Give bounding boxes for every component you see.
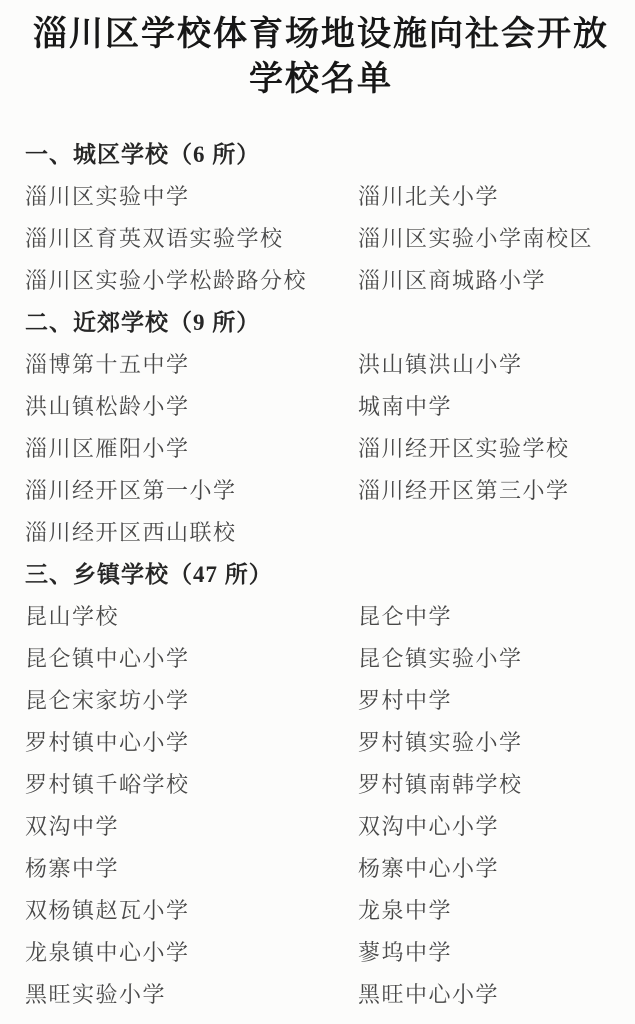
school-row: 淄川区雁阳小学淄川经开区实验学校 bbox=[25, 428, 617, 470]
school-row: 罗村镇中心小学罗村镇实验小学 bbox=[25, 722, 617, 764]
school-name: 淄川区育英双语实验学校 bbox=[25, 218, 358, 260]
school-row: 淄川区实验中学淄川北关小学 bbox=[25, 176, 617, 218]
school-name: 淄川经开区西山联校 bbox=[25, 512, 358, 554]
school-name: 龙泉中学 bbox=[358, 890, 617, 932]
school-name bbox=[358, 512, 617, 554]
school-name: 淄川经开区第一小学 bbox=[25, 470, 358, 512]
school-name: 洪山镇洪山小学 bbox=[358, 344, 617, 386]
school-row: 龙泉镇中心小学蓼坞中学 bbox=[25, 932, 617, 974]
school-name: 黑旺实验小学 bbox=[25, 974, 358, 1016]
section-heading: 二、近郊学校（9 所） bbox=[25, 302, 617, 344]
school-name: 昆山学校 bbox=[25, 596, 358, 638]
school-name: 淄川区雁阳小学 bbox=[25, 428, 358, 470]
section-heading: 一、城区学校（6 所） bbox=[25, 134, 617, 176]
school-section: 三、乡镇学校（47 所）昆山学校昆仑中学昆仑镇中心小学昆仑镇实验小学昆仑宋家坊小… bbox=[25, 554, 617, 1016]
school-name: 淄川北关小学 bbox=[358, 176, 617, 218]
school-name: 淄川区实验中学 bbox=[25, 176, 358, 218]
school-row: 双杨镇赵瓦小学龙泉中学 bbox=[25, 890, 617, 932]
school-name: 罗村镇千峪学校 bbox=[25, 764, 358, 806]
school-name: 双沟中学 bbox=[25, 806, 358, 848]
school-name: 昆仑中学 bbox=[358, 596, 617, 638]
school-name: 昆仑宋家坊小学 bbox=[25, 680, 358, 722]
school-section: 一、城区学校（6 所）淄川区实验中学淄川北关小学淄川区育英双语实验学校淄川区实验… bbox=[25, 134, 617, 302]
school-section: 二、近郊学校（9 所）淄博第十五中学洪山镇洪山小学洪山镇松龄小学城南中学淄川区雁… bbox=[25, 302, 617, 554]
school-name: 杨寨中学 bbox=[25, 848, 358, 890]
school-sections: 一、城区学校（6 所）淄川区实验中学淄川北关小学淄川区育英双语实验学校淄川区实验… bbox=[25, 134, 617, 1016]
school-name: 蓼坞中学 bbox=[358, 932, 617, 974]
school-row: 罗村镇千峪学校罗村镇南韩学校 bbox=[25, 764, 617, 806]
school-row: 洪山镇松龄小学城南中学 bbox=[25, 386, 617, 428]
school-name: 淄川经开区第三小学 bbox=[358, 470, 617, 512]
school-name: 昆仑镇中心小学 bbox=[25, 638, 358, 680]
school-row: 昆仑宋家坊小学罗村中学 bbox=[25, 680, 617, 722]
school-name: 杨寨中心小学 bbox=[358, 848, 617, 890]
school-name: 洪山镇松龄小学 bbox=[25, 386, 358, 428]
school-name: 淄博第十五中学 bbox=[25, 344, 358, 386]
school-name: 淄川区商城路小学 bbox=[358, 260, 617, 302]
document-page: 淄川区学校体育场地设施向社会开放 学校名单 一、城区学校（6 所）淄川区实验中学… bbox=[0, 0, 635, 1024]
document-title-line1: 淄川区学校体育场地设施向社会开放 bbox=[25, 12, 617, 57]
document-title-line2: 学校名单 bbox=[25, 57, 617, 102]
school-name: 淄川经开区实验学校 bbox=[358, 428, 617, 470]
school-row: 杨寨中学杨寨中心小学 bbox=[25, 848, 617, 890]
school-row: 昆山学校昆仑中学 bbox=[25, 596, 617, 638]
school-name: 双杨镇赵瓦小学 bbox=[25, 890, 358, 932]
school-name: 城南中学 bbox=[358, 386, 617, 428]
document-title: 淄川区学校体育场地设施向社会开放 学校名单 bbox=[25, 12, 617, 102]
school-row: 淄川区实验小学松龄路分校淄川区商城路小学 bbox=[25, 260, 617, 302]
school-row: 淄川区育英双语实验学校淄川区实验小学南校区 bbox=[25, 218, 617, 260]
school-name: 罗村中学 bbox=[358, 680, 617, 722]
school-row: 黑旺实验小学黑旺中心小学 bbox=[25, 974, 617, 1016]
school-name: 双沟中心小学 bbox=[358, 806, 617, 848]
school-row: 淄川经开区西山联校 bbox=[25, 512, 617, 554]
school-name: 罗村镇实验小学 bbox=[358, 722, 617, 764]
school-name: 黑旺中心小学 bbox=[358, 974, 617, 1016]
school-row: 双沟中学双沟中心小学 bbox=[25, 806, 617, 848]
school-name: 龙泉镇中心小学 bbox=[25, 932, 358, 974]
school-name: 罗村镇南韩学校 bbox=[358, 764, 617, 806]
school-name: 昆仑镇实验小学 bbox=[358, 638, 617, 680]
school-row: 淄博第十五中学洪山镇洪山小学 bbox=[25, 344, 617, 386]
school-name: 淄川区实验小学南校区 bbox=[358, 218, 617, 260]
section-heading: 三、乡镇学校（47 所） bbox=[25, 554, 617, 596]
school-row: 淄川经开区第一小学淄川经开区第三小学 bbox=[25, 470, 617, 512]
school-row: 昆仑镇中心小学昆仑镇实验小学 bbox=[25, 638, 617, 680]
school-name: 淄川区实验小学松龄路分校 bbox=[25, 260, 358, 302]
school-name: 罗村镇中心小学 bbox=[25, 722, 358, 764]
